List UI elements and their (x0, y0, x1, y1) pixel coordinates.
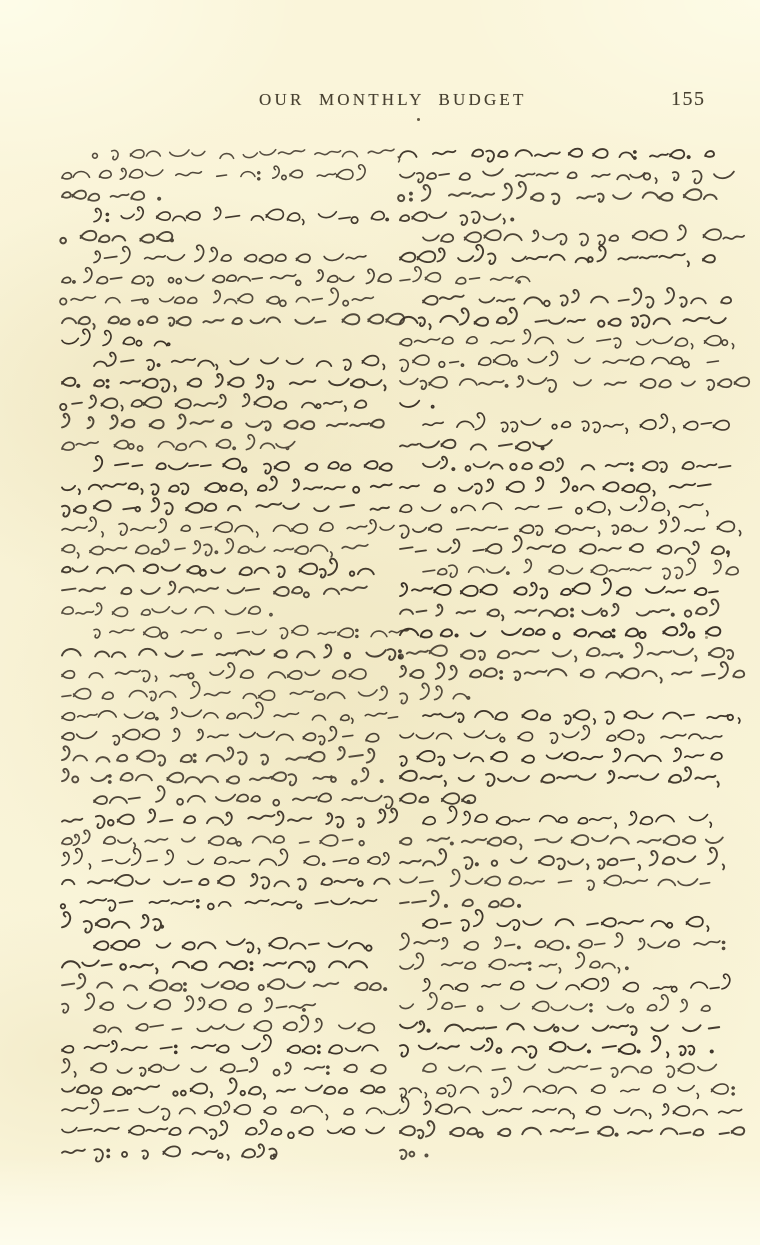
shorthand-paragraph (60, 245, 404, 346)
shorthand-line (62, 1078, 385, 1098)
shorthand-line (94, 786, 393, 808)
shorthand-line (62, 1058, 386, 1077)
shorthand-line (62, 414, 384, 431)
shorthand-line (400, 330, 734, 349)
shorthand-line (400, 1097, 742, 1118)
shorthand-line (400, 848, 724, 870)
shorthand-line (400, 496, 708, 516)
shorthand-line (62, 912, 163, 933)
shorthand-line (62, 746, 374, 765)
shorthand-line (398, 182, 716, 204)
shorthand-line (62, 603, 272, 616)
shorthand-line (60, 288, 373, 306)
shorthand-line (400, 726, 722, 744)
shorthand-line (62, 477, 392, 496)
shorthand-paragraph (62, 456, 394, 616)
shorthand-paragraph (400, 225, 744, 284)
shorthand-line (423, 806, 711, 828)
shorthand-line (400, 1150, 428, 1159)
shorthand-line (423, 1064, 716, 1078)
shorthand-line (62, 727, 379, 745)
shorthand-column-left (60, 149, 409, 1161)
shorthand-paragraph (400, 413, 729, 451)
shorthand-line (400, 767, 719, 787)
shorthand-line (400, 1077, 734, 1098)
shorthand-line (400, 1021, 719, 1035)
shorthand-line (94, 207, 388, 225)
shorthand-line (62, 830, 364, 848)
shorthand-line (62, 191, 160, 201)
shorthand-line (423, 710, 740, 724)
shorthand-line (94, 1015, 374, 1033)
shorthand-line (94, 245, 366, 263)
shorthand-line (60, 231, 173, 244)
shorthand-line (400, 870, 710, 891)
shorthand-paragraph (398, 149, 734, 225)
shorthand-paragraph (62, 938, 386, 1013)
shorthand-paragraph (399, 558, 744, 703)
shorthand-line (60, 394, 366, 411)
shorthand-line (423, 558, 738, 579)
shorthand-line (423, 288, 731, 308)
shorthand-line (62, 517, 394, 537)
shorthand-line (94, 352, 384, 370)
shorthand-line (400, 536, 729, 557)
shorthand-line (400, 149, 714, 162)
shorthand-line (62, 974, 386, 991)
shorthand-paragraph (62, 626, 409, 786)
shorthand-line (62, 1035, 378, 1054)
shorthand-paragraph (400, 288, 749, 408)
shorthand-line (400, 993, 710, 1013)
shorthand-paragraph (60, 207, 388, 243)
shorthand-line (400, 212, 513, 225)
shorthand-line (400, 623, 720, 639)
shorthand-line (62, 768, 383, 785)
shorthand-line (400, 748, 722, 766)
shorthand-paragraph (400, 457, 741, 557)
shorthand-line (62, 539, 368, 558)
shorthand-line (62, 663, 366, 682)
shorthand-line (400, 835, 723, 849)
shorthand-line (94, 938, 372, 954)
shorthand-line (400, 245, 715, 266)
shorthand-line (400, 440, 552, 451)
shorthand-line (400, 267, 530, 284)
shorthand-column-right (398, 149, 749, 1159)
shorthand-line (400, 517, 741, 538)
shorthand-line (400, 793, 475, 804)
shorthand-line (400, 599, 718, 620)
shorthand-line (423, 910, 709, 931)
shorthand-line (400, 953, 628, 973)
shorthand-line (400, 308, 726, 329)
shorthand-line (62, 874, 390, 890)
shorthand-line (400, 477, 711, 495)
shorthand-line (62, 961, 367, 974)
shorthand-line (400, 376, 749, 392)
shorthand-paragraph (400, 806, 724, 907)
shorthand-line (62, 993, 315, 1012)
shorthand-line (400, 401, 434, 408)
shorthand-line (423, 413, 729, 433)
shorthand-line (62, 559, 374, 578)
shorthand-line (94, 626, 409, 639)
shorthand-line (62, 314, 404, 329)
shorthand-paragraph (400, 910, 725, 973)
shorthand-line (62, 809, 397, 829)
shorthand-line (93, 149, 400, 162)
shorthand-line (62, 268, 391, 286)
shorthand-line (94, 456, 392, 474)
shorthand-line (423, 974, 730, 992)
shorthand-line (399, 643, 733, 661)
shorthand-line (400, 169, 734, 183)
shorthand-line (400, 933, 725, 950)
shorthand-paragraph (400, 974, 730, 1058)
shorthand-line (62, 1144, 277, 1161)
shorthand-line (62, 165, 365, 180)
shorthand-line (400, 683, 470, 703)
shorthand-line (400, 1036, 713, 1058)
shorthand-line (62, 682, 387, 701)
shorthand-line (62, 498, 389, 517)
shorthand-line (62, 645, 401, 660)
shorthand-line (400, 1121, 744, 1138)
shorthand-line (62, 702, 398, 723)
shorthand-line (400, 891, 520, 908)
shorthand-paragraph (400, 1064, 744, 1160)
shorthand-paragraph (62, 149, 400, 201)
book-page: OUR MONTHLY BUDGET 155 (0, 0, 760, 1245)
shorthand-line (62, 329, 170, 346)
shorthand-line (423, 457, 731, 472)
shorthand-line (61, 898, 377, 910)
shorthand-line (62, 1120, 384, 1139)
shorthand-line (62, 582, 367, 598)
shorthand-line (423, 225, 744, 245)
shorthand-line (400, 578, 718, 598)
shorthand-paragraph (61, 786, 397, 932)
shorthand-paragraph (60, 352, 385, 450)
shorthand-line (62, 1099, 400, 1120)
shorthand-line (62, 849, 389, 869)
shorthand-body (0, 0, 760, 1245)
shorthand-line (62, 374, 386, 392)
shorthand-line (62, 435, 295, 451)
shorthand-line (400, 662, 744, 683)
shorthand-paragraph (400, 710, 740, 804)
shorthand-line (400, 351, 718, 371)
shorthand-paragraph (62, 1015, 400, 1161)
